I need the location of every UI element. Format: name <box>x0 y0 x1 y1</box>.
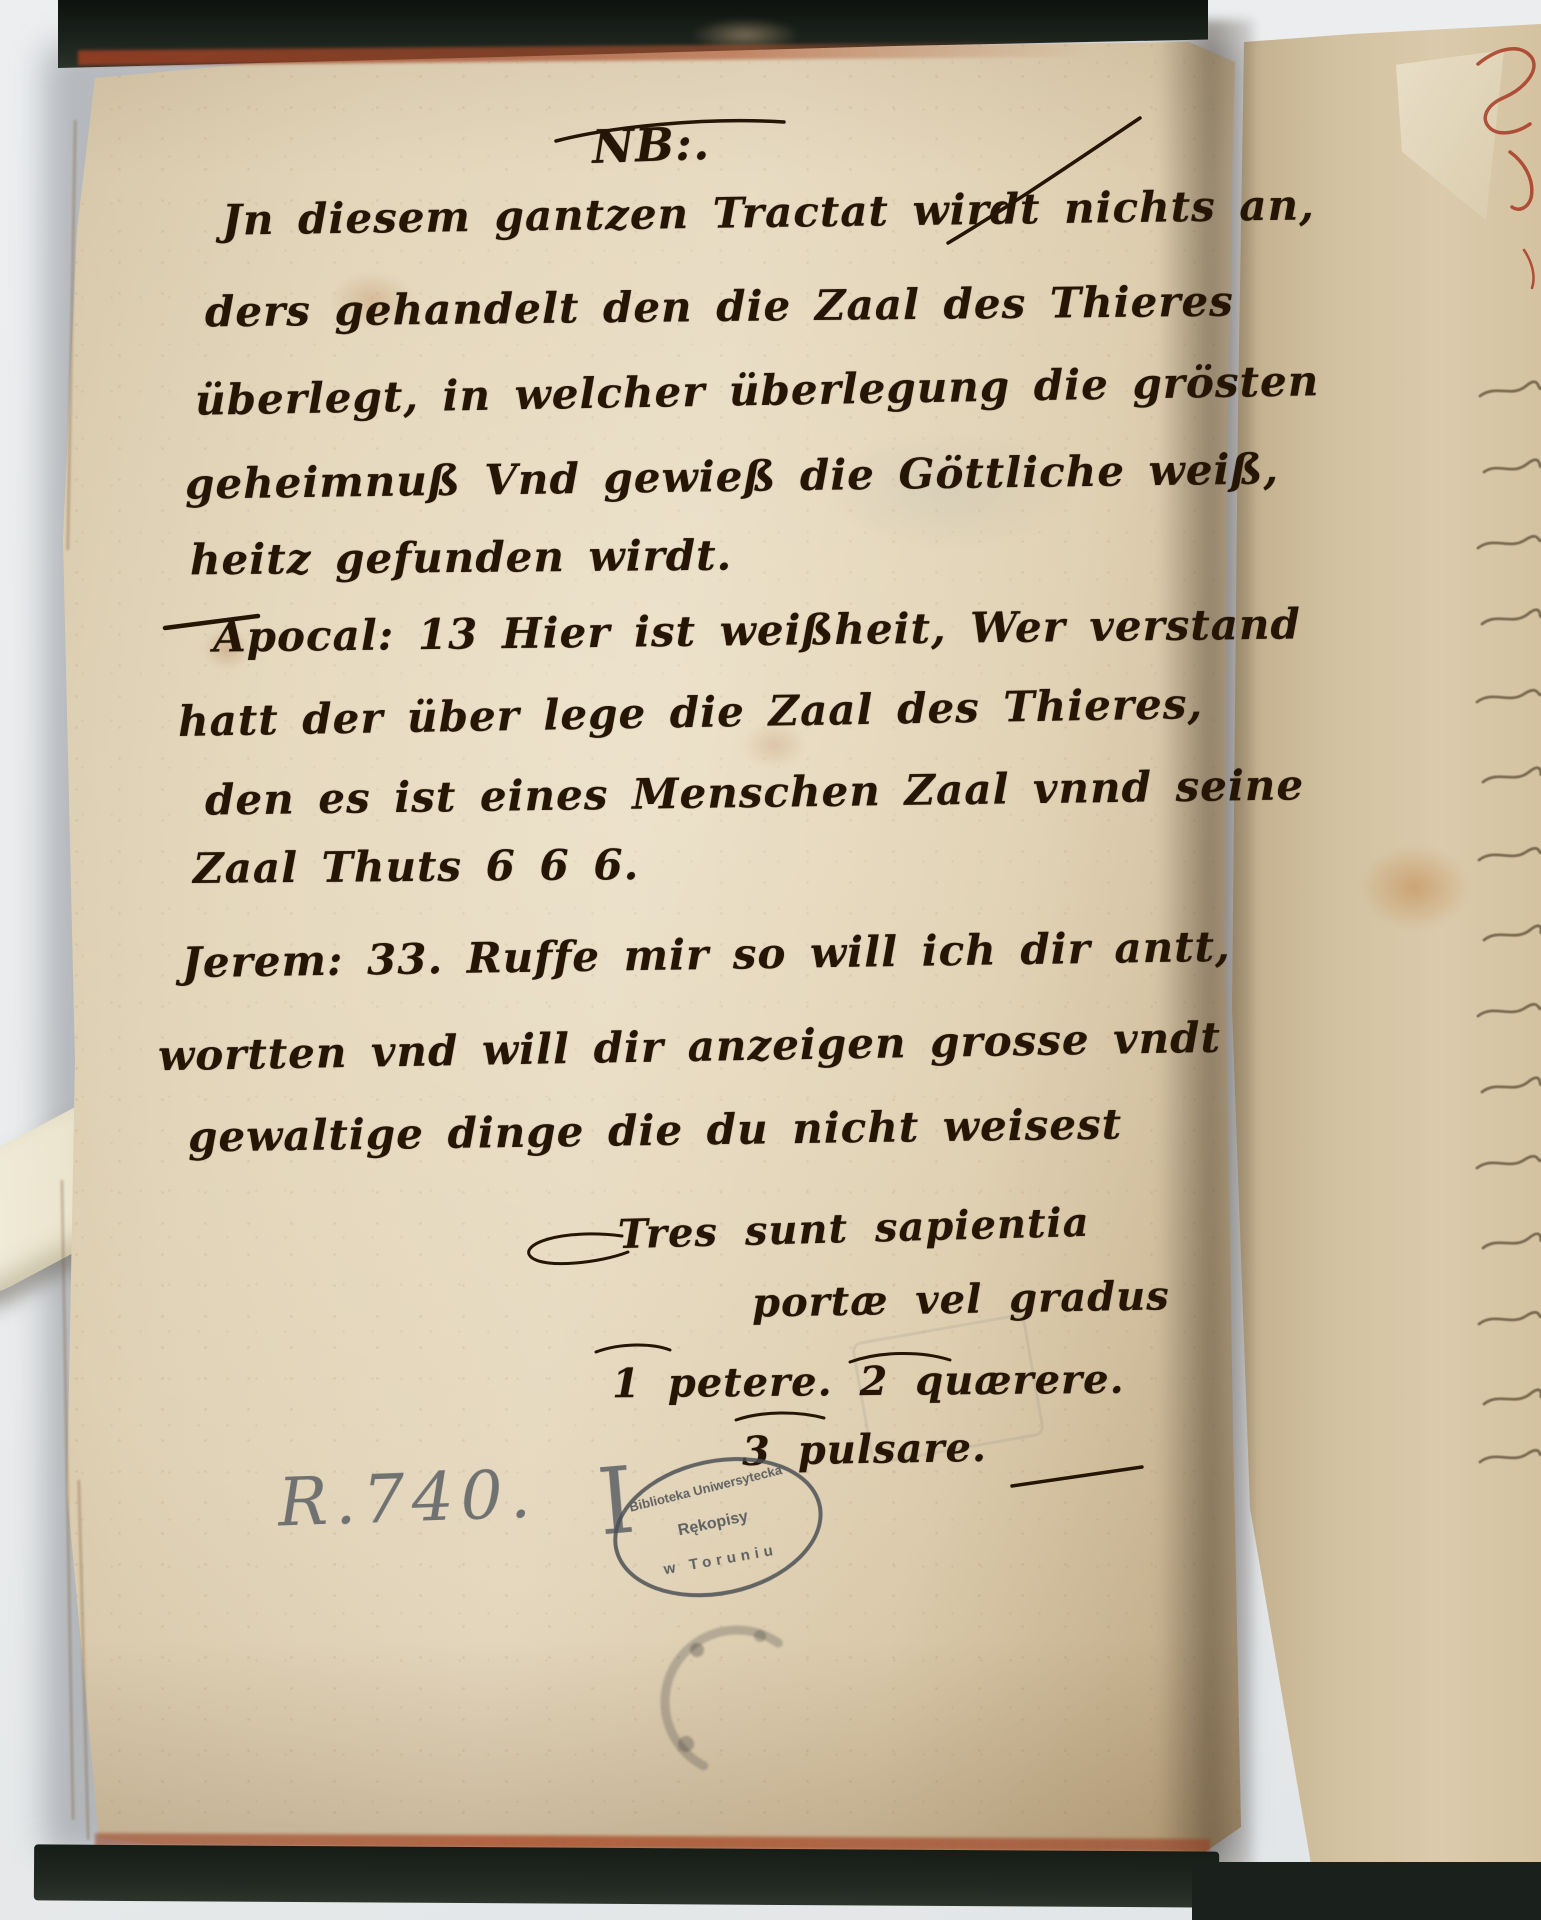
manuscript-line-5: heitz gefunden wirdt. <box>190 531 733 585</box>
latin-line-3: 1 petere. 2 quærere. <box>612 1356 1125 1407</box>
foxing-stain <box>1360 845 1470 930</box>
nota-bene-heading: NB:. <box>591 116 711 174</box>
manuscript-line-9: Zaal Thuts 6 6 6. <box>193 840 640 893</box>
book-cover-bottom <box>34 1844 1219 1907</box>
latin-line-2: portæ vel gradus <box>752 1272 1170 1326</box>
manuscript-photo: NB:. Jn diesem gantzen Tractat wirdt nic… <box>0 0 1541 1920</box>
pencil-shelfmark: R.740. <box>277 1455 539 1541</box>
book-cover-bottom-right <box>1192 1862 1541 1920</box>
